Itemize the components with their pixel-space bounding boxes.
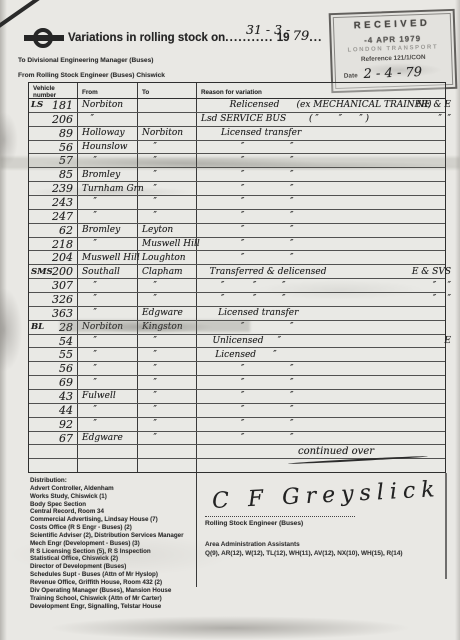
distribution-line: Distribution:	[30, 477, 194, 485]
distribution-line: Director of Development (Buses)	[30, 563, 194, 571]
reason-cell: ″ ″	[197, 404, 445, 417]
vehicle-class: BL	[29, 322, 49, 332]
table-row: 92 ″ ″ ″ ″	[29, 418, 445, 432]
distribution-line: Mech Engr (Development - Buses) (3)	[30, 540, 194, 548]
handwritten-date: 31 - 3 -	[246, 22, 290, 37]
vehicle-number-cell: SMS200	[29, 265, 78, 278]
from-cell: ″	[78, 154, 138, 167]
header-vehicle-number: Vehicle number	[29, 83, 78, 98]
from-cell: ″	[78, 279, 138, 292]
from-cell: ″	[78, 293, 138, 306]
vehicle-number: 89	[49, 128, 77, 139]
table-row: 54 ″ ″ Unlicensed ″E	[29, 335, 445, 349]
vehicle-number-cell: 326	[29, 293, 78, 306]
vehicle-number-cell: 363	[29, 307, 78, 320]
vehicle-number: 43	[49, 391, 77, 402]
vehicle-number-cell: BL28	[29, 321, 78, 334]
distribution-line: Development Engr, Signalling, Telstar Ho…	[30, 603, 194, 611]
from-cell: Muswell Hill	[78, 251, 138, 264]
reason-note: ″ ″	[433, 294, 451, 304]
reason-note: E	[444, 336, 451, 346]
to-cell: Muswell Hill	[138, 238, 197, 251]
reason-cell: ″ ″	[197, 238, 445, 251]
vehicle-number: 56	[49, 142, 77, 153]
table-row: 56 ″ ″ ″ ″	[29, 362, 445, 376]
to-cell: Kingston	[138, 321, 197, 334]
vehicle-number: 307	[49, 280, 77, 291]
vehicle-number: 206	[49, 114, 77, 125]
vehicle-class: SMS	[29, 267, 49, 277]
vehicle-number-cell: 44	[29, 404, 78, 417]
from-cell: ″	[78, 238, 138, 251]
distribution-line: Div Operating Manager (Buses), Mansion H…	[30, 587, 194, 595]
from-cell: ″	[78, 335, 138, 348]
reason-cell: ″ ″	[197, 376, 445, 389]
received-stamp: RECEIVED -4 APR 1979 LONDON TRANSPORT Re…	[329, 9, 458, 93]
from-cell: Hounslow	[78, 141, 138, 154]
vehicle-number: 54	[49, 336, 77, 347]
from-cell	[78, 459, 138, 472]
from-cell: ″	[78, 196, 138, 209]
vehicle-number: 247	[49, 211, 77, 222]
reason-cell: Licensed transfer	[197, 307, 445, 320]
stamp-date-line: Date 2 - 4 - 79	[335, 62, 422, 80]
reason-note: ″ ″	[433, 281, 451, 291]
stamp-received-text: RECEIVED	[354, 18, 431, 32]
from-cell: Bromley	[78, 224, 138, 237]
to-cell: ″	[138, 432, 197, 445]
vehicle-number-cell: 247	[29, 210, 78, 223]
vehicle-number-cell: 56	[29, 141, 78, 154]
to-cell: ″	[138, 404, 197, 417]
from-cell: ″	[78, 348, 138, 361]
vehicle-number: 181	[49, 100, 77, 111]
vehicle-number: 239	[49, 183, 77, 194]
vehicle-number-cell: 55	[29, 348, 78, 361]
roundel-ring	[33, 28, 53, 48]
vehicle-number: 57	[49, 155, 77, 166]
from-cell: Holloway	[78, 127, 138, 140]
distribution-line: Central Record, Room 34	[30, 508, 194, 516]
table-row: 247 ″ ″ ″ ″	[29, 210, 445, 224]
reason-cell: ″ ″	[197, 362, 445, 375]
distribution-line: Revenue Office, Griffith House, Room 432…	[30, 579, 194, 587]
from-cell: ″	[78, 404, 138, 417]
header-to: To	[138, 83, 197, 98]
table-row: 67Edgware ″ ″ ″	[29, 432, 445, 446]
reason-cell: ″ ″	[197, 182, 445, 195]
vehicle-number-cell: 57	[29, 154, 78, 167]
to-cell: ″	[138, 348, 197, 361]
table-row: 69 ″ ″ ″ ″	[29, 376, 445, 390]
year-handwritten: 79	[293, 29, 310, 44]
table-row: 62BromleyLeyton ″ ″	[29, 224, 445, 238]
vehicle-number-cell: 62	[29, 224, 78, 237]
vehicle-number-cell: 67	[29, 432, 78, 445]
reason-cell: ″ ″	[197, 390, 445, 403]
reason-cell: ″ ″ ″″ ″	[197, 279, 445, 292]
footer-divider-line	[196, 473, 197, 587]
table-row: 85Bromley ″ ″ ″	[29, 168, 445, 182]
vehicle-class: LS	[29, 100, 49, 110]
reason-cell: ″ ″	[197, 141, 445, 154]
from-cell: ″	[78, 418, 138, 431]
distribution-line: Costs Office (R S Engr - Buses) (2)	[30, 524, 194, 532]
to-cell: ″	[138, 418, 197, 431]
vehicle-number: 218	[49, 239, 77, 250]
from-cell: Edgware	[78, 432, 138, 445]
table-header-row: Vehicle number From To Reason for variat…	[29, 83, 445, 99]
distribution-line: Statistical Office, Chiswick (2)	[30, 555, 194, 563]
table-body: LS181Norbiton Relicensed (ex MECHANICAL …	[29, 99, 445, 472]
table-row: 363 ″Edgware Licensed transfer	[29, 307, 445, 321]
reason-cell: Licensed transfer	[197, 127, 445, 140]
table-row: 326 ″ ″ ″ ″ ″″ ″	[29, 293, 445, 307]
to-cell: Edgware	[138, 307, 197, 320]
vehicle-number-cell: 206	[29, 113, 78, 126]
reason-cell: ″ ″	[197, 224, 445, 237]
vehicle-number-cell: 204	[29, 251, 78, 264]
received-stamp-inner: RECEIVED -4 APR 1979 LONDON TRANSPORT Re…	[333, 13, 453, 89]
header-reason: Reason for variation	[197, 83, 445, 98]
to-cell: ″	[138, 376, 197, 389]
from-cell: ″	[78, 113, 138, 126]
reason-cell: ″ ″	[197, 321, 445, 334]
table-row: BL28NorbitonKingston ″ ″	[29, 321, 445, 335]
vehicle-number-cell: 43	[29, 390, 78, 403]
table-row: 56Hounslow ″ ″ ″	[29, 141, 445, 155]
vehicle-number: 69	[49, 377, 77, 388]
form-title-text: Variations in rolling stock on	[68, 32, 225, 44]
reason-cell: Relicensed (ex MECHANICAL TRAINER)NE & E	[197, 99, 445, 112]
vehicle-number-cell: 89	[29, 127, 78, 140]
table-row	[29, 459, 445, 472]
vehicle-number-cell	[29, 459, 78, 472]
signature: C F Greyslick	[212, 477, 442, 514]
signature-dotted-line	[205, 516, 355, 517]
to-cell: Leyton	[138, 224, 197, 237]
to-cell: ″	[138, 390, 197, 403]
stamp-organisation: LONDON TRANSPORT	[348, 44, 439, 53]
scan-edge-left	[0, 0, 7, 640]
reason-cell: ″ ″	[197, 251, 445, 264]
vehicle-number: 55	[49, 349, 77, 360]
footer-right-border	[445, 473, 447, 579]
distribution-line: Schedules Supt - Buses (Attn of Mr Hyslo…	[30, 571, 194, 579]
to-cell: ″	[138, 335, 197, 348]
vehicle-number: 67	[49, 433, 77, 444]
from-cell: Norbiton	[78, 321, 138, 334]
from-sender-line: From Rolling Stock Engineer (Buses) Chis…	[18, 72, 165, 79]
table-row: 44 ″ ″ ″ ″	[29, 404, 445, 418]
vehicle-number-cell: 69	[29, 376, 78, 389]
vehicle-number: 363	[49, 308, 77, 319]
reason-note: E & SVS	[412, 267, 451, 277]
to-cell	[138, 459, 197, 472]
table-row: SMS200SouthallClapham Transferred & deli…	[29, 265, 445, 279]
from-cell: ″	[78, 362, 138, 375]
area-admin-codes: Q(9), AR(12), W(12), TL(12), WH(11), AV(…	[205, 550, 403, 557]
from-cell: Norbiton	[78, 99, 138, 112]
vehicle-number: 44	[49, 405, 77, 416]
vehicle-number-cell: 56	[29, 362, 78, 375]
from-cell: Turnham Grn	[78, 182, 138, 195]
vehicle-number: 56	[49, 363, 77, 374]
vehicle-number-cell: 239	[29, 182, 78, 195]
continued-over-note: continued over	[298, 446, 374, 457]
to-cell	[138, 99, 197, 112]
to-cell: ″	[138, 168, 197, 181]
vehicle-number: 92	[49, 419, 77, 430]
distribution-line: Scientific Adviser (2), Distribution Ser…	[30, 532, 194, 540]
vehicle-number-cell: LS181	[29, 99, 78, 112]
vehicle-number-cell	[29, 445, 78, 458]
table-row: 243 ″ ″ ″ ″	[29, 196, 445, 210]
stamp-date-label: Date	[344, 72, 358, 79]
reason-note: NE & E	[416, 100, 451, 110]
area-admin-label: Area Administration Assistants	[205, 541, 300, 548]
distribution-line: Works Study, Chiswick (1)	[30, 493, 194, 501]
from-cell: ″	[78, 376, 138, 389]
vehicle-number-cell: 218	[29, 238, 78, 251]
reason-cell: Transferred & delicensedE & SVS	[197, 265, 445, 278]
to-cell	[138, 113, 197, 126]
reason-cell: ″ ″ ″″ ″	[197, 293, 445, 306]
table-row: 55 ″ ″ Licensed ″	[29, 348, 445, 362]
distribution-line: Training School, Chiswick (Attn of Mr Ca…	[30, 595, 194, 603]
title-trailing-dots: ...	[309, 32, 322, 44]
header-from: From	[78, 83, 138, 98]
london-transport-roundel-logo	[24, 28, 64, 48]
from-cell: ″	[78, 307, 138, 320]
stamp-date: -4 APR 1979	[364, 34, 421, 45]
vehicle-number-cell: 85	[29, 168, 78, 181]
to-cell: Norbiton	[138, 127, 197, 140]
vehicle-number: 28	[49, 322, 77, 333]
from-cell	[78, 445, 138, 458]
to-cell: ″	[138, 154, 197, 167]
from-cell: Bromley	[78, 168, 138, 181]
reason-cell: ″ ″	[197, 418, 445, 431]
table-row: LS181Norbiton Relicensed (ex MECHANICAL …	[29, 99, 445, 113]
distribution-line: Advert Controller, Aldenham	[30, 485, 194, 493]
distribution-line: R S Licensing Section (5), R S Inspectio…	[30, 548, 194, 556]
to-cell: Clapham	[138, 265, 197, 278]
to-cell: ″	[138, 182, 197, 195]
reason-cell: ″ ″	[197, 168, 445, 181]
to-cell: ″	[138, 196, 197, 209]
to-cell: ″	[138, 362, 197, 375]
reason-cell: Lsd SERVICE BUS ( ″ ″ ″ )″ ″	[197, 113, 445, 126]
distribution-list: Distribution:Advert Controller, Aldenham…	[30, 477, 194, 610]
vehicle-number: 85	[49, 169, 77, 180]
vehicle-number: 204	[49, 252, 77, 263]
reason-cell: ″ ″	[197, 154, 445, 167]
vehicle-number: 62	[49, 225, 77, 236]
vehicle-number-cell: 92	[29, 418, 78, 431]
scan-edge-right	[455, 0, 460, 640]
vehicle-number-cell: 54	[29, 335, 78, 348]
table-row: 204Muswell HillLoughton ″ ″	[29, 251, 445, 265]
distribution-line: Body Spec Section	[30, 501, 194, 509]
vehicle-number: 200	[49, 266, 77, 277]
to-addressee-line: To Divisional Engineering Manager (Buses…	[18, 57, 153, 64]
vehicle-number-cell: 243	[29, 196, 78, 209]
from-cell: ″	[78, 210, 138, 223]
to-cell: Loughton	[138, 251, 197, 264]
scanned-form-page: Variations in rolling stock on..........…	[0, 0, 460, 640]
vehicle-number: 326	[49, 294, 77, 305]
to-cell: ″	[138, 293, 197, 306]
reason-cell: Licensed ″	[197, 348, 445, 361]
to-cell: ″	[138, 279, 197, 292]
to-cell: ″	[138, 141, 197, 154]
table-row: 206 ″Lsd SERVICE BUS ( ″ ″ ″ )″ ″	[29, 113, 445, 127]
reason-cell: ″ ″	[197, 196, 445, 209]
reason-cell: ″ ″	[197, 432, 445, 445]
table-row: 307 ″ ″ ″ ″ ″″ ″	[29, 279, 445, 293]
table-row: 218 ″Muswell Hill ″ ″	[29, 238, 445, 252]
to-cell	[138, 445, 197, 458]
to-cell: ″	[138, 210, 197, 223]
stamp-date-handwritten: 2 - 4 - 79	[363, 65, 422, 82]
table-row: 89HollowayNorbiton Licensed transfer	[29, 127, 445, 141]
distribution-line: Commercial Advertising, Lindsay House (7…	[30, 516, 194, 524]
table-row: 239Turnham Grn ″ ″ ″	[29, 182, 445, 196]
table-row: 57 ″ ″ ″ ″	[29, 154, 445, 168]
reason-cell: Unlicensed ″E	[197, 335, 445, 348]
signature-role: Rolling Stock Engineer (Buses)	[205, 520, 303, 527]
reason-note: ″ ″	[439, 114, 451, 124]
vehicle-number-cell: 307	[29, 279, 78, 292]
vehicle-number: 243	[49, 197, 77, 208]
from-cell: Fulwell	[78, 390, 138, 403]
reason-cell: ″ ″	[197, 210, 445, 223]
table-row: 43Fulwell ″ ″ ″	[29, 390, 445, 404]
from-cell: Southall	[78, 265, 138, 278]
variations-table: Vehicle number From To Reason for variat…	[28, 82, 446, 473]
